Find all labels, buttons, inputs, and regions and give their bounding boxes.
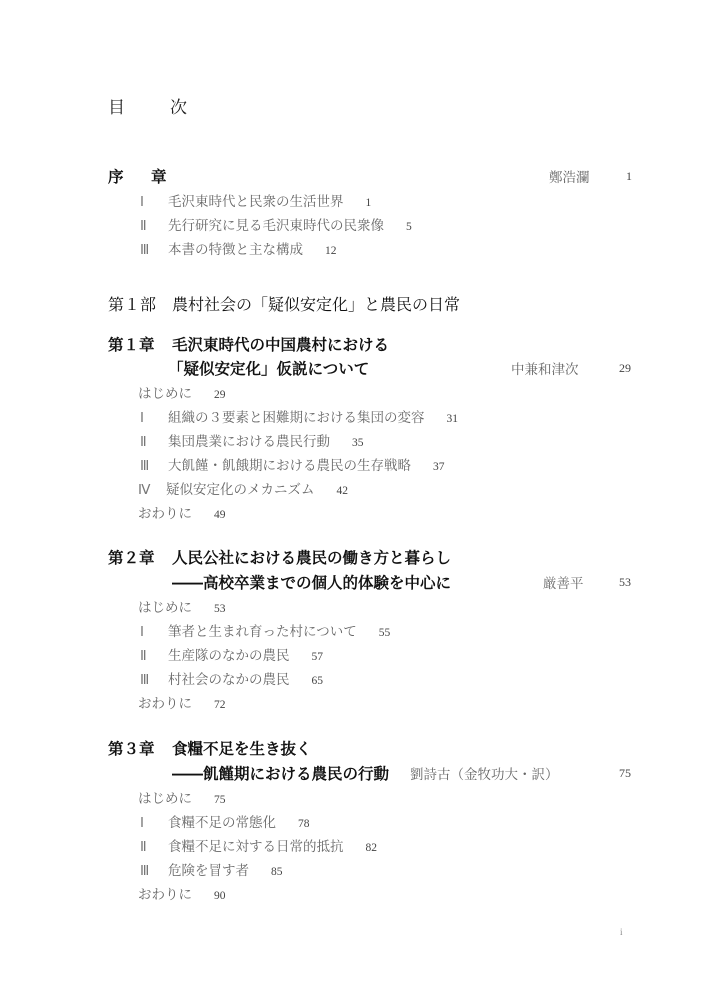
chapter-3-author: 劉詩古（金牧功大・訳） — [410, 763, 559, 783]
intro-chapter-page: 1 — [626, 169, 632, 184]
toc-item: Ⅲ危険を冒す者85 — [140, 859, 283, 879]
toc-item: Ⅱ食糧不足に対する日常的抵抗82 — [140, 835, 377, 855]
toc-item: おわりに72 — [138, 692, 226, 712]
toc-item: Ⅲ本書の特徴と主な構成12 — [140, 238, 337, 258]
toc-item: はじめに53 — [138, 596, 226, 616]
chapter-2-author: 厳善平 — [543, 572, 584, 592]
intro-chapter-author: 鄭浩瀾 — [549, 166, 590, 186]
toc-item: Ⅰ食糧不足の常態化78 — [140, 811, 310, 831]
chapter-1-label: 第１章 — [108, 333, 155, 355]
chapter-2-title-line1: 人民公社における農民の働き方と暮らし — [172, 546, 451, 568]
chapter-3-label: 第３章 — [108, 737, 155, 759]
toc-item: はじめに29 — [138, 382, 226, 402]
chapter-2-label: 第２章 — [108, 546, 155, 568]
part-heading: 第１部 農村社会の「疑似安定化」と農民の日常 — [108, 292, 460, 315]
toc-item: おわりに90 — [138, 883, 226, 903]
chapter-1-page: 29 — [619, 361, 631, 376]
page-folio: i — [620, 927, 623, 937]
toc-item: Ⅱ先行研究に見る毛沢東時代の民衆像5 — [140, 214, 412, 234]
toc-item: Ⅰ毛沢東時代と民衆の生活世界1 — [140, 190, 371, 210]
toc-item: Ⅱ生産隊のなかの農民57 — [140, 644, 323, 664]
intro-chapter-heading: 序 章 — [108, 165, 173, 187]
toc-item: Ⅱ集団農業における農民行動35 — [140, 430, 364, 450]
toc-item: Ⅲ村社会のなかの農民65 — [140, 668, 323, 688]
chapter-2-page: 53 — [619, 575, 631, 590]
chapter-3-page: 75 — [619, 766, 631, 781]
page-title: 目 次 — [108, 93, 201, 118]
toc-item: Ⅳ疑似安定化のメカニズム42 — [138, 478, 348, 498]
toc-item: はじめに75 — [138, 787, 226, 807]
chapter-3-title-line2: ――飢饉期における農民の行動 — [172, 762, 389, 784]
chapter-1-author: 中兼和津次 — [511, 358, 579, 378]
toc-item: Ⅰ筆者と生まれ育った村について55 — [140, 620, 390, 640]
toc-item: おわりに49 — [138, 502, 226, 522]
chapter-1-title-line2: 「疑似安定化」仮説について — [168, 357, 369, 379]
chapter-2-title-line2: ――高校卒業までの個人的体験を中心に — [172, 571, 451, 593]
toc-item: Ⅰ組織の３要素と困難期における集団の変容31 — [140, 406, 458, 426]
toc-item: Ⅲ大飢饉・飢餓期における農民の生存戦略37 — [140, 454, 445, 474]
chapter-3-title-line1: 食糧不足を生き抜く — [172, 737, 312, 759]
chapter-1-title-line1: 毛沢東時代の中国農村における — [172, 333, 389, 355]
